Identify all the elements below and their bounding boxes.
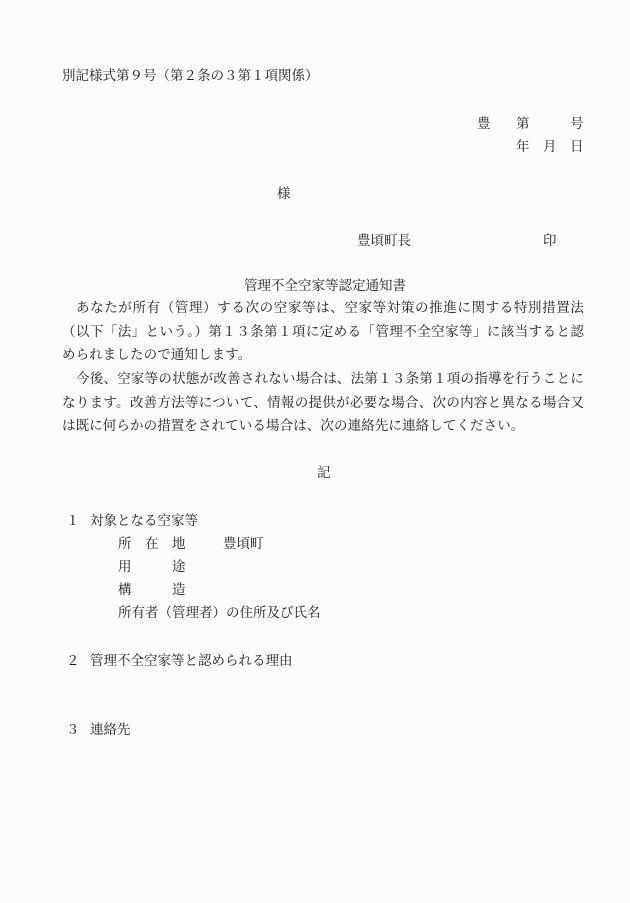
field-structure-label: 構 造 xyxy=(118,584,186,598)
document-title: 管理不全空家等認定通知書 xyxy=(244,280,406,294)
date-month: 月 xyxy=(543,141,557,155)
item-2-label: 管理不全空家等と認められる理由 xyxy=(90,655,293,669)
form-label: 別記様式第９号（第２条の３第１項関係） xyxy=(62,70,319,84)
item-3-label: 連絡先 xyxy=(90,724,131,738)
sender-title: 豊頃町長 xyxy=(357,235,411,249)
field-location-value: 豊頃町 xyxy=(223,538,264,552)
field-usage-label: 用 途 xyxy=(118,561,186,575)
addressee-honorific: 様 xyxy=(277,188,291,202)
reference-go: 号 xyxy=(570,118,584,132)
ki-heading: 記 xyxy=(317,467,331,481)
reference-prefix: 豊 xyxy=(477,118,491,132)
reference-dai: 第 xyxy=(516,118,530,132)
item-1-label: 対象となる空家等 xyxy=(90,515,198,529)
item-2-number: ２ xyxy=(66,655,80,669)
body-paragraph-1: あなたが所有（管理）する次の空家等は、空家等対策の推進に関する特別措置法（以下「… xyxy=(62,297,584,368)
field-owner-label: 所有者（管理者）の住所及び氏名 xyxy=(118,607,321,621)
field-location-label: 所 在 地 xyxy=(118,538,186,552)
item-1-number: １ xyxy=(66,515,80,529)
seal-mark: 印 xyxy=(543,235,557,249)
body-paragraph-2: 今後、空家等の状態が改善されない場合は、法第１３条第１項の指導を行うことになりま… xyxy=(62,368,584,439)
item-3-number: ３ xyxy=(66,724,80,738)
date-year: 年 xyxy=(516,141,530,155)
date-day: 日 xyxy=(570,141,584,155)
